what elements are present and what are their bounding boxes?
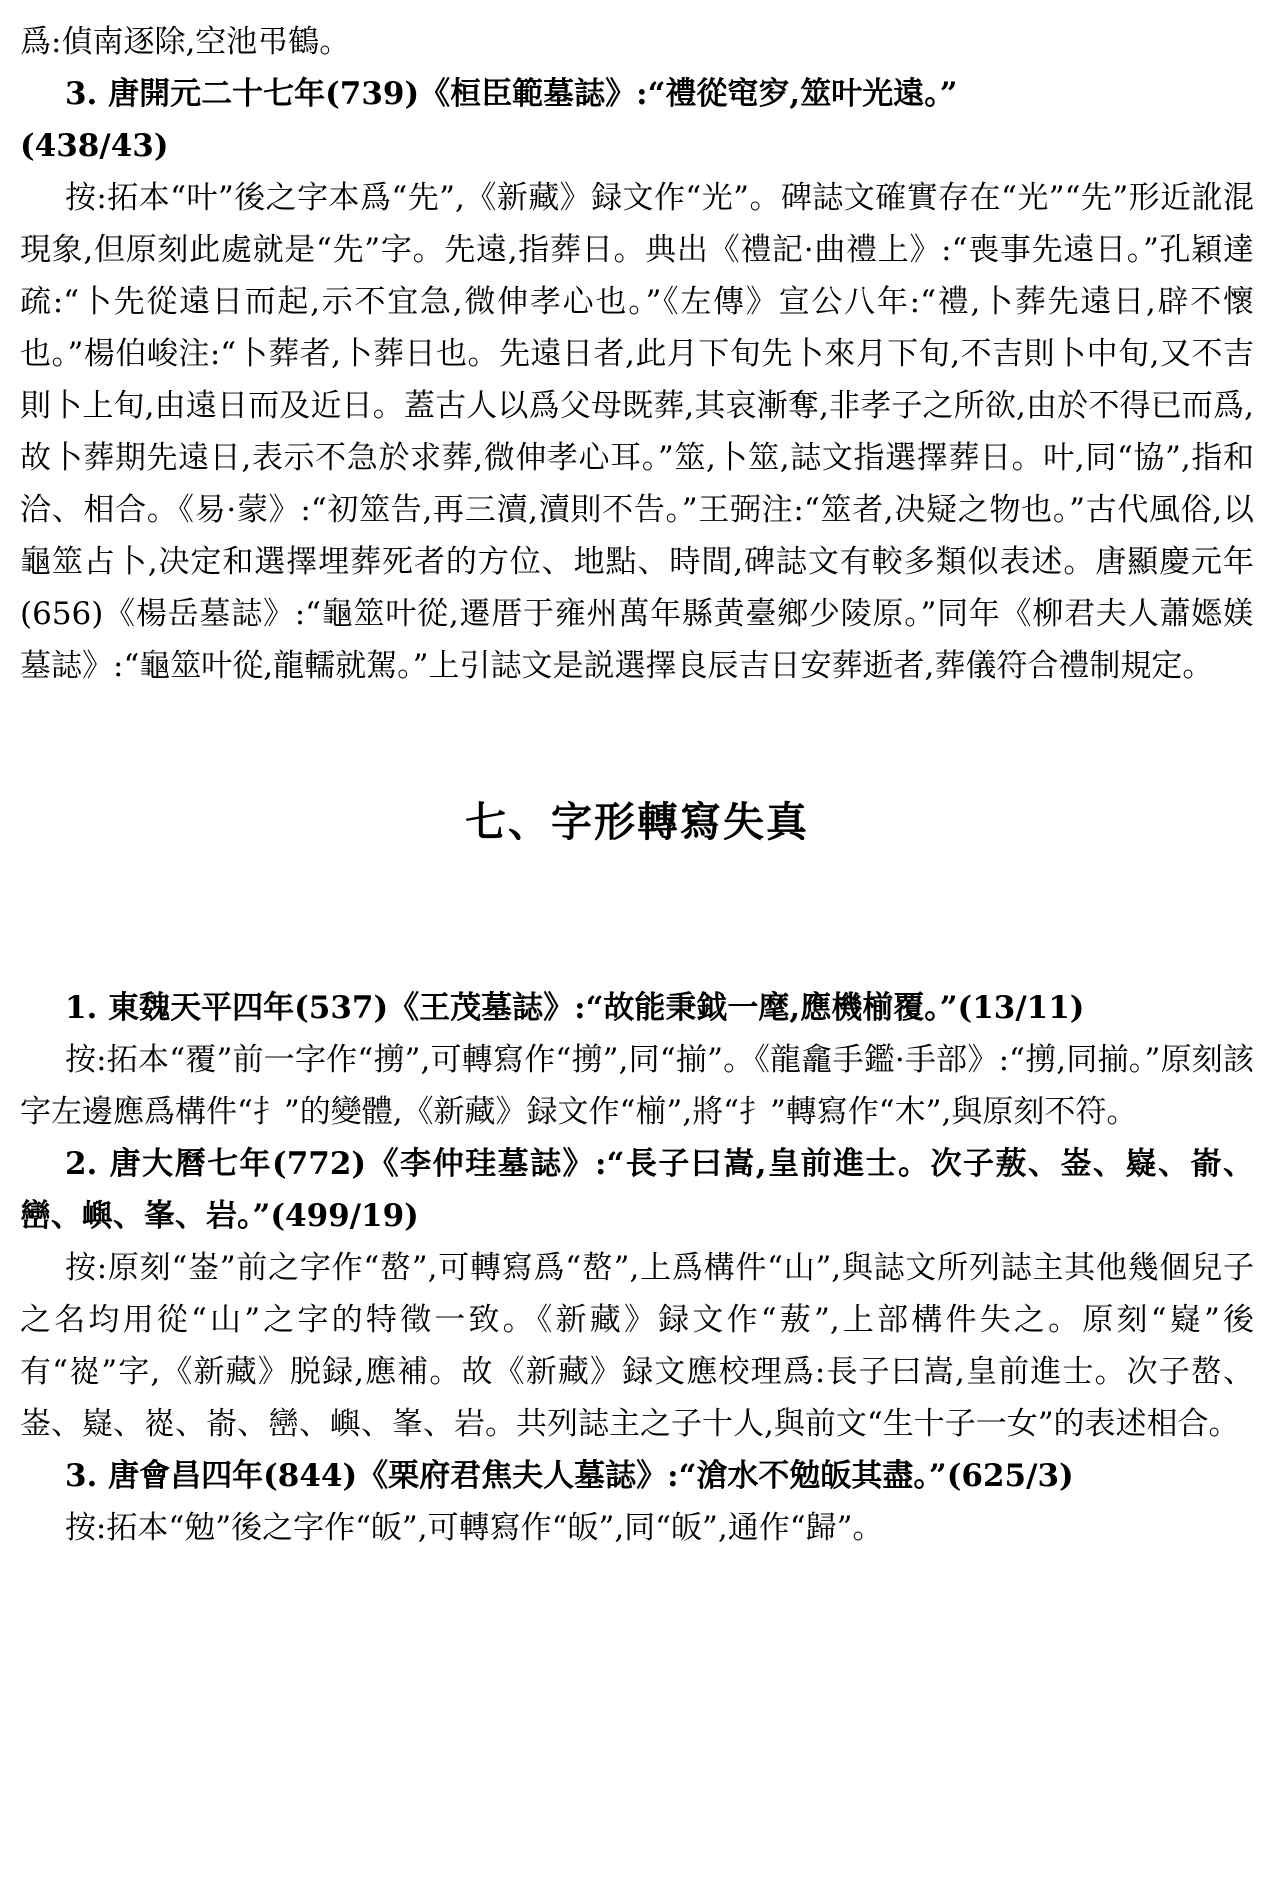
- document-page: 爲:偵南逐除,空池弔鶴。 3. 唐開元二十七年(739)《桓臣範墓誌》:“禮從窀…: [0, 0, 1280, 1893]
- continuation-paragraph: 爲:偵南逐除,空池弔鶴。: [20, 16, 1254, 68]
- entry-844-commentary: 按:拓本“勉”後之字作“皈”,可轉寫作“皈”,同“皈”,通作“歸”。: [20, 1502, 1254, 1554]
- entry-739-heading: 3. 唐開元二十七年(739)《桓臣範墓誌》:“禮從窀穸,筮叶光遠。”: [20, 68, 1254, 120]
- entry-739-commentary: 按:拓本“叶”後之字本爲“先”,《新藏》録文作“光”。碑誌文確實存在“光”“先”…: [20, 172, 1254, 692]
- entry-772-heading: 2. 唐大曆七年(772)《李仲珪墓誌》:“長子曰嵩,皇前進士。次子蔜、崟、嶷、…: [20, 1138, 1254, 1242]
- entry-772-commentary: 按:原刻“崟”前之字作“嶅”,可轉寫爲“嶅”,上爲構件“山”,與誌文所列誌主其他…: [20, 1242, 1254, 1450]
- entry-739-source-ref: (438/43): [20, 120, 1254, 172]
- entry-844-heading: 3. 唐會昌四年(844)《栗府君焦夫人墓誌》:“滄水不勉皈其盡。”(625/3…: [20, 1450, 1254, 1502]
- section-7-heading: 七、字形轉寫失真: [20, 792, 1254, 852]
- entry-537-heading: 1. 東魏天平四年(537)《王茂墓誌》:“故能秉鉞一麾,應機椾覆。”(13/1…: [20, 982, 1254, 1034]
- entry-537-commentary: 按:拓本“覆”前一字作“㨵”,可轉寫作“㨵”,同“揃”。《龍龕手鑑·手部》:“㨵…: [20, 1034, 1254, 1138]
